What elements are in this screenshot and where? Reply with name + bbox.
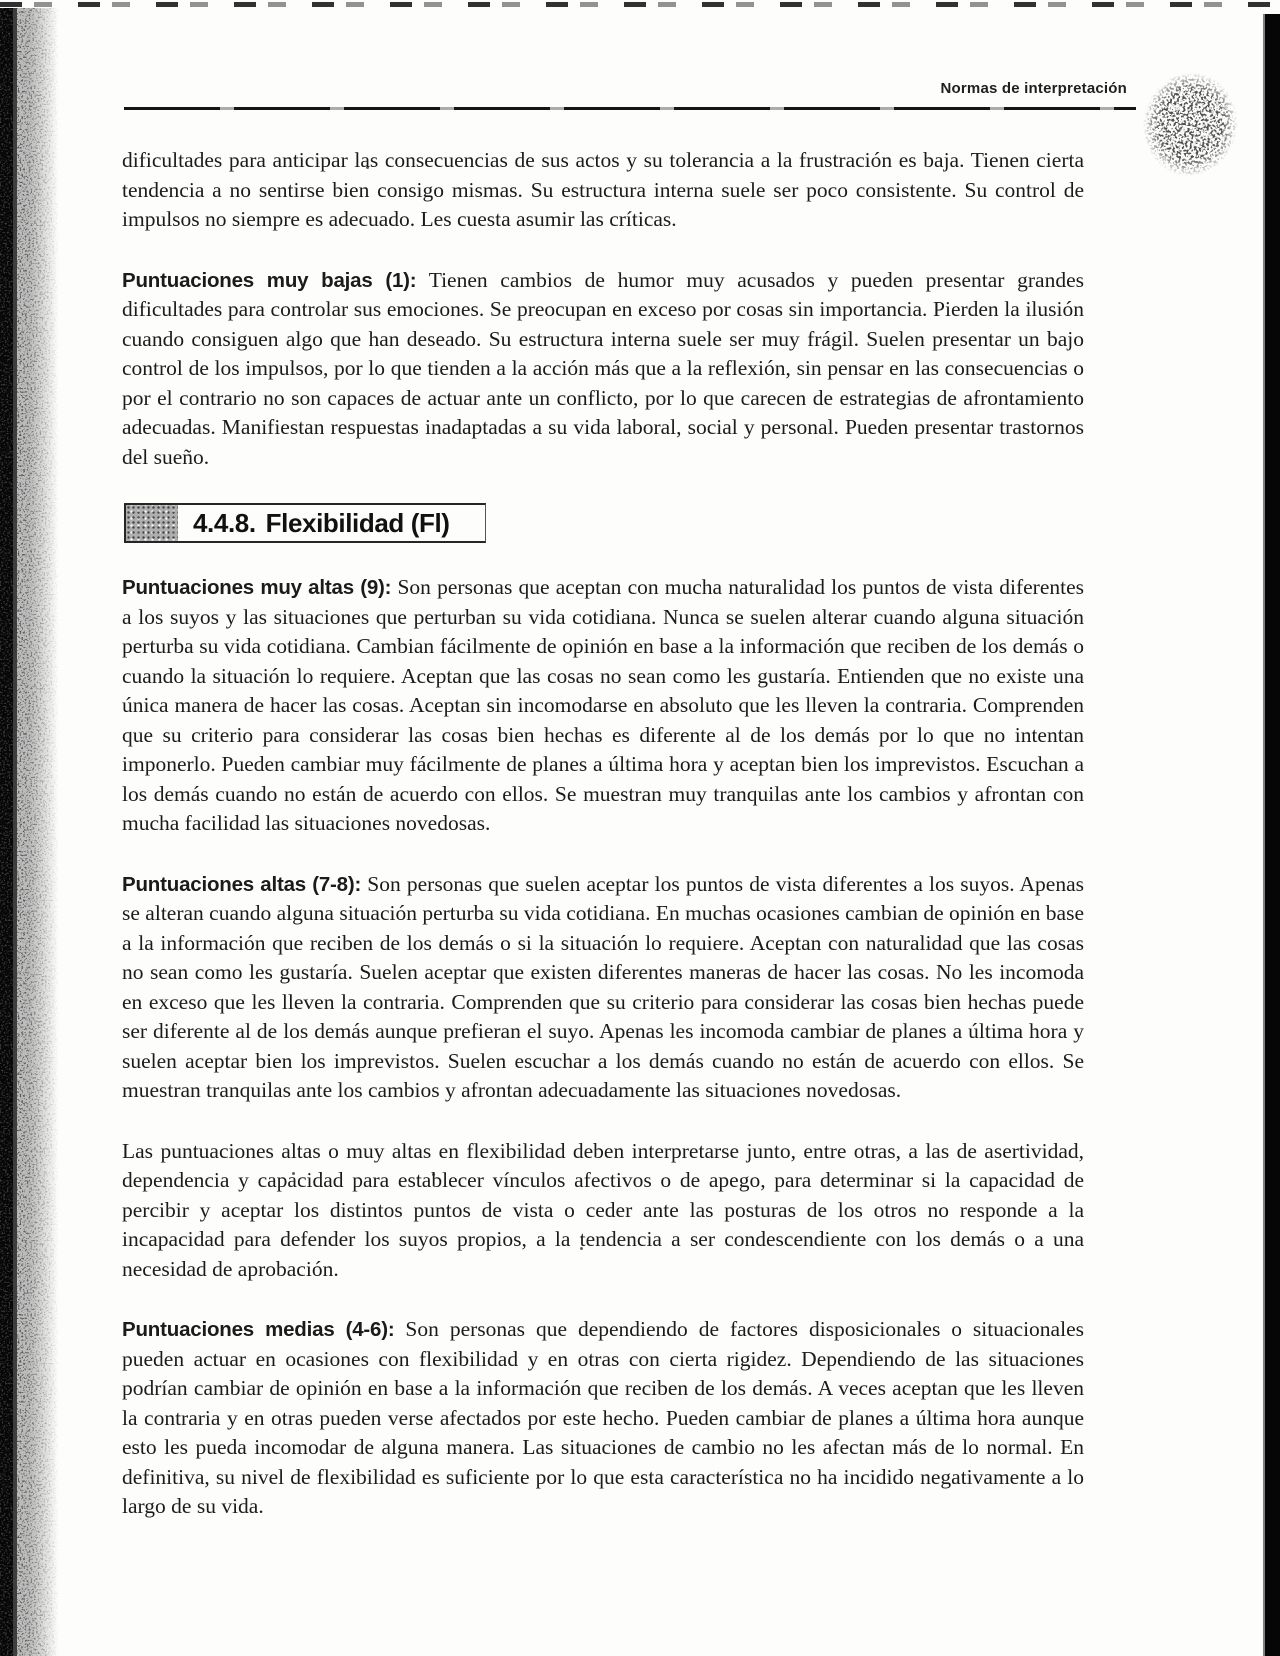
scan-binding-edge-left (0, 8, 70, 1656)
paragraph-text: Tienen cambios de humor muy acusados y p… (122, 268, 1084, 469)
section-heading: 4.4.8.Flexibilidad (Fl) (180, 505, 450, 541)
body-paragraph: dificultades para anticipar las consecue… (122, 146, 1084, 235)
running-header-title: Normas de interpretación (940, 80, 1127, 97)
section-heading-box: 4.4.8.Flexibilidad (Fl) (124, 503, 486, 543)
paragraph-lead: Puntuaciones muy bajas (1): (122, 269, 416, 292)
binding-noise-texture (0, 8, 70, 1656)
section-heading-row: 4.4.8.Flexibilidad (Fl) (124, 503, 1084, 543)
body-paragraph: Las puntuaciones altas o muy altas en fl… (122, 1137, 1084, 1285)
body-paragraph: Puntuaciones muy altas (9): Son personas… (122, 573, 1084, 839)
paragraph-lead: Puntuaciones medias (4-6): (122, 1318, 394, 1341)
header-rule (124, 107, 1136, 110)
body-paragraph: Puntuaciones muy bajas (1): Tienen cambi… (122, 266, 1084, 473)
paragraph-text: Son personas que dependiendo de factores… (122, 1317, 1084, 1518)
ink-smudge-artifact (1127, 48, 1263, 201)
heading-gray-marker (126, 505, 180, 541)
section-title: Flexibilidad (Fl) (266, 508, 450, 539)
body-paragraph: Puntuaciones altas (7-8): Son personas q… (122, 870, 1084, 1106)
body-paragraph: Puntuaciones medias (4-6): Son personas … (122, 1315, 1084, 1522)
scan-top-edge-artifact (0, 2, 1280, 7)
paragraph-lead: Puntuaciones muy altas (9): (122, 576, 391, 599)
section-number: 4.4.8. (193, 508, 256, 539)
paragraph-text: Las puntuaciones altas o muy altas en fl… (122, 1139, 1084, 1281)
paragraph-lead: Puntuaciones altas (7-8): (122, 873, 361, 896)
paragraph-text: Son personas que suelen aceptar los punt… (122, 872, 1084, 1103)
scanned-document-page: Normas de interpretación dificultades pa… (0, 0, 1280, 1656)
page-content: dificultades para anticipar las consecue… (122, 146, 1084, 1553)
paragraph-text: dificultades para anticipar las consecue… (122, 148, 1084, 231)
scan-edge-right (1261, 14, 1280, 1656)
paragraph-text: Son personas que aceptan con mucha natur… (122, 575, 1084, 835)
